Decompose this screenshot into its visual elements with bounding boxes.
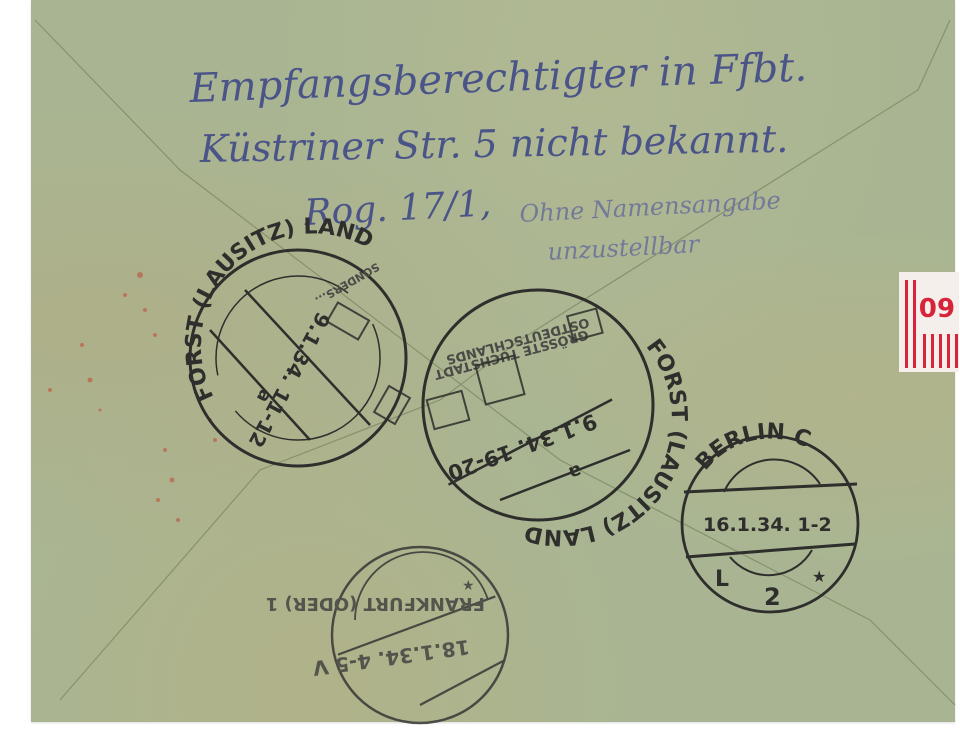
postmark-berlin: BERLIN C 16.1.34. 1-2 L 2 ★ xyxy=(682,419,858,612)
stamp-barcode-icon: 60 xyxy=(899,272,959,372)
stamp-fragment: 60 xyxy=(899,272,959,372)
postmark-berlin-star: ★ xyxy=(812,567,826,586)
postmark-frankfurt-date: 18.1.34. 4-5 V xyxy=(311,635,471,681)
pencil-line-1: Ohne Namensangabe xyxy=(519,186,782,228)
stamp-value: 60 xyxy=(919,291,955,321)
postmark-frankfurt-ring: FRANKFURT (ODER) 1 xyxy=(266,593,485,614)
postmark-forst-1: FORST (LAUSITZ) LAND 9.1.34. 11-12 a SON… xyxy=(182,214,410,466)
pencil-line-2: unzustellbar xyxy=(547,230,701,266)
pencil-note: Ohne Namensangabe unzustellbar xyxy=(519,186,782,266)
postmark-forst-1-date: 9.1.34. 11-12 xyxy=(244,308,335,451)
postmark-berlin-ring: BERLIN C xyxy=(691,419,814,475)
postmark-berlin-date: 16.1.34. 1-2 xyxy=(703,514,832,536)
handwriting-line-1: Empfangsberechtigter in Ffbt. xyxy=(188,44,808,112)
postmark-forst-2-letter: a xyxy=(566,460,585,484)
postmark-berlin-number: 2 xyxy=(764,583,781,611)
postmark-berlin-letter: L xyxy=(715,567,729,592)
postmark-frankfurt: FRANKFURT (ODER) 1 18.1.34. 4-5 V ★ xyxy=(266,547,508,723)
postmark-frankfurt-star: ★ xyxy=(462,578,475,594)
postmark-forst-1-slogan: SONDERS... xyxy=(313,260,382,307)
postmark-forst-2: FORST (LAUSITZ) LAND 9.1.34. 19-20 a GRÖ… xyxy=(423,290,691,550)
handwriting-line-2: Küstriner Str. 5 nicht bekannt. xyxy=(198,117,788,171)
envelope-markings: Empfangsberechtigter in Ffbt. Küstriner … xyxy=(0,0,960,756)
